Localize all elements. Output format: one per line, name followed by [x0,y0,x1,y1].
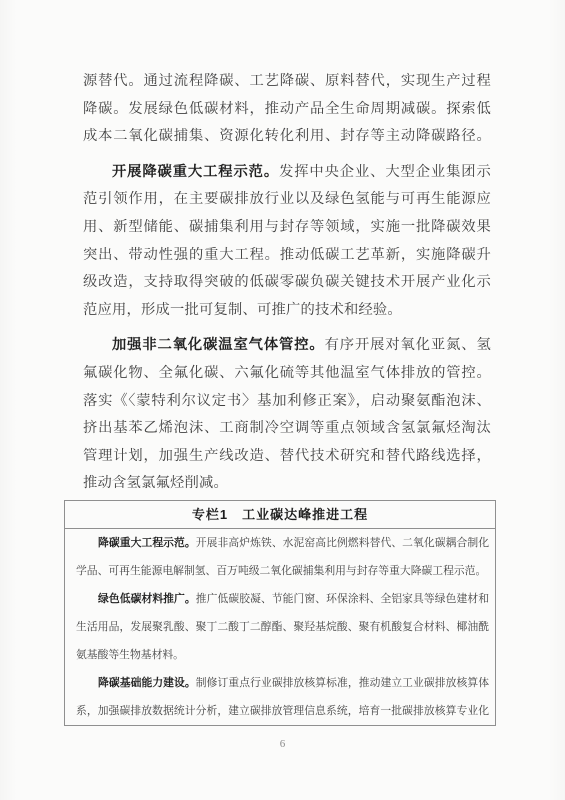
text-line: 降碳重大工程示范。开展非高炉炼铁、水泥窑高比例燃料替代、二氧化碳耦合制化 [76,529,489,557]
text-line: 学品、可再生能源电解制氢、百万吨级二氧化碳捕集利用与封存等重大降碳工程示范。 [76,557,489,585]
panel-body: 降碳重大工程示范。开展非高炉炼铁、水泥窑高比例燃料替代、二氧化碳耦合制化学品、可… [65,529,495,725]
paragraph-lead: 降碳基础能力建设。 [98,677,196,689]
paragraph-lead: 开展降碳重大工程示范。 [112,164,279,180]
paragraph-lead: 加强非二氧化碳温室气体管控。 [112,337,325,353]
text-line: 管理计划，加强生产线改造、替代技术研究和替代路线选择， [83,443,491,471]
text-line: 开展降碳重大工程示范。发挥中央企业、大型企业集团示 [83,159,491,187]
text-line: 降碳基础能力建设。制修订重点行业碳排放核算标准，推动建立工业碳排放核算体 [76,669,489,697]
paragraph-lead: 绿色低碳材料推广。 [98,593,196,605]
text-line: 成本二氧化碳捕集、资源化转化利用、封存等主动降碳路径。 [83,123,491,151]
text-line: 突出、带动性强的重大工程。推动低碳工艺革新，实施降碳升 [83,242,491,270]
text-line: 氟碳化物、全氟化碳、六氟化硫等其他温室气体排放的管控。 [83,360,491,388]
text-line: 级改造，支持取得突破的低碳零碳负碳关键技术开展产业化示 [83,269,491,297]
text-line: 挤出基苯乙烯泡沫、工商制冷空调等重点领域含氢氯氟烃淘汰 [83,415,491,443]
text-line: 推动含氢氯氟烃削减。 [83,470,491,498]
text-line: 绿色低碳材料推广。推广低碳胶凝、节能门窗、环保涂料、全铝家具等绿色建材和 [76,585,489,613]
column-panel: 专栏1 工业碳达峰推进工程 降碳重大工程示范。开展非高炉炼铁、水泥窑高比例燃料替… [64,500,496,726]
body-text: 源替代。通过流程降碳、工艺降碳、原料替代，实现生产过程降碳。发展绿色低碳材料，推… [83,68,491,498]
text-line: 加强非二氧化碳温室气体管控。有序开展对氧化亚氮、氢 [83,332,491,360]
text-line: 氨基酸等生物基材料。 [76,641,489,669]
text-line: 系，加强碳排放数据统计分析，建立碳排放管理信息系统，培育一批碳排放核算专业化 [76,697,489,725]
text-line: 落实《〈蒙特利尔议定书〉基加利修正案》，启动聚氨酯泡沫、 [83,388,491,416]
text-line: 范应用，形成一批可复制、可推广的技术和经验。 [83,297,491,325]
text-line: 用、新型储能、碳捕集利用与封存等领域，实施一批降碳效果 [83,214,491,242]
text-line: 源替代。通过流程降碳、工艺降碳、原料替代，实现生产过程 [83,68,491,96]
text-line: 范引领作用，在主要碳排放行业以及绿色氢能与可再生能源应 [83,186,491,214]
paragraph-lead: 降碳重大工程示范。 [98,537,196,549]
page-number: 6 [0,738,565,750]
text-line: 生活用品，发展聚乳酸、聚丁二酸丁二醇酯、聚羟基烷酸、聚有机酸复合材料、椰油酰 [76,613,489,641]
document-page: 源替代。通过流程降碳、工艺降碳、原料替代，实现生产过程降碳。发展绿色低碳材料，推… [0,0,565,800]
panel-title: 专栏1 工业碳达峰推进工程 [65,501,495,529]
text-line: 降碳。发展绿色低碳材料，推动产品全生命周期减碳。探索低 [83,96,491,124]
